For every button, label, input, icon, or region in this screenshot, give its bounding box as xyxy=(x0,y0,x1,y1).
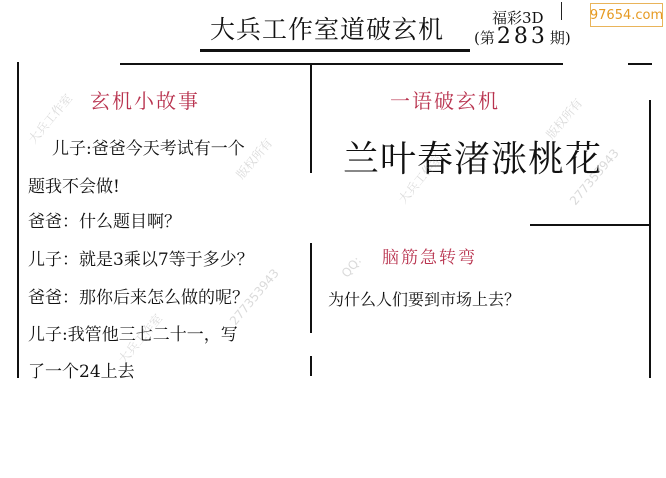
right-inner-line xyxy=(530,224,650,226)
riddle-heading: 脑筋急转弯 xyxy=(382,243,477,268)
story-line: 儿子:我管他三七二十一，写 xyxy=(28,320,238,345)
frame-left-line xyxy=(17,62,19,378)
header-divider xyxy=(561,2,562,20)
issue-label: (第283期) xyxy=(474,24,571,49)
issue-suffix: 期) xyxy=(550,29,571,47)
frame-top-line-right xyxy=(628,63,652,65)
story-line: 爸爸：那你后来怎么做的呢？ xyxy=(28,283,249,308)
frame-right-line xyxy=(649,100,651,378)
title-underline xyxy=(200,49,470,52)
center-divider-upper xyxy=(310,63,312,173)
story-line: 题我不会做! xyxy=(28,172,120,197)
riddle-question: 为什么人们要到市场上去？ xyxy=(328,287,520,310)
center-divider-middle xyxy=(310,243,312,333)
center-divider-lower xyxy=(310,356,312,376)
issue-prefix: (第 xyxy=(474,29,495,47)
story-heading: 玄机小故事 xyxy=(90,85,200,114)
story-line: 了一个24上去 xyxy=(28,357,135,382)
site-badge[interactable]: 97654.com xyxy=(590,3,663,27)
story-line: 儿子:爸爸今天考试有一个 xyxy=(52,134,245,159)
story-line: 儿子：就是3乘以7等于多少？ xyxy=(28,245,254,270)
motto-text: 兰叶春渚涨桃花 xyxy=(343,131,602,182)
watermark: QQ: xyxy=(339,254,364,281)
issue-number: 283 xyxy=(497,24,548,49)
motto-heading: 一语破玄机 xyxy=(390,85,500,114)
frame-top-line xyxy=(120,63,563,65)
story-line: 爸爸：什么题目啊？ xyxy=(28,207,181,232)
page-title: 大兵工作室道破玄机 xyxy=(210,10,444,46)
